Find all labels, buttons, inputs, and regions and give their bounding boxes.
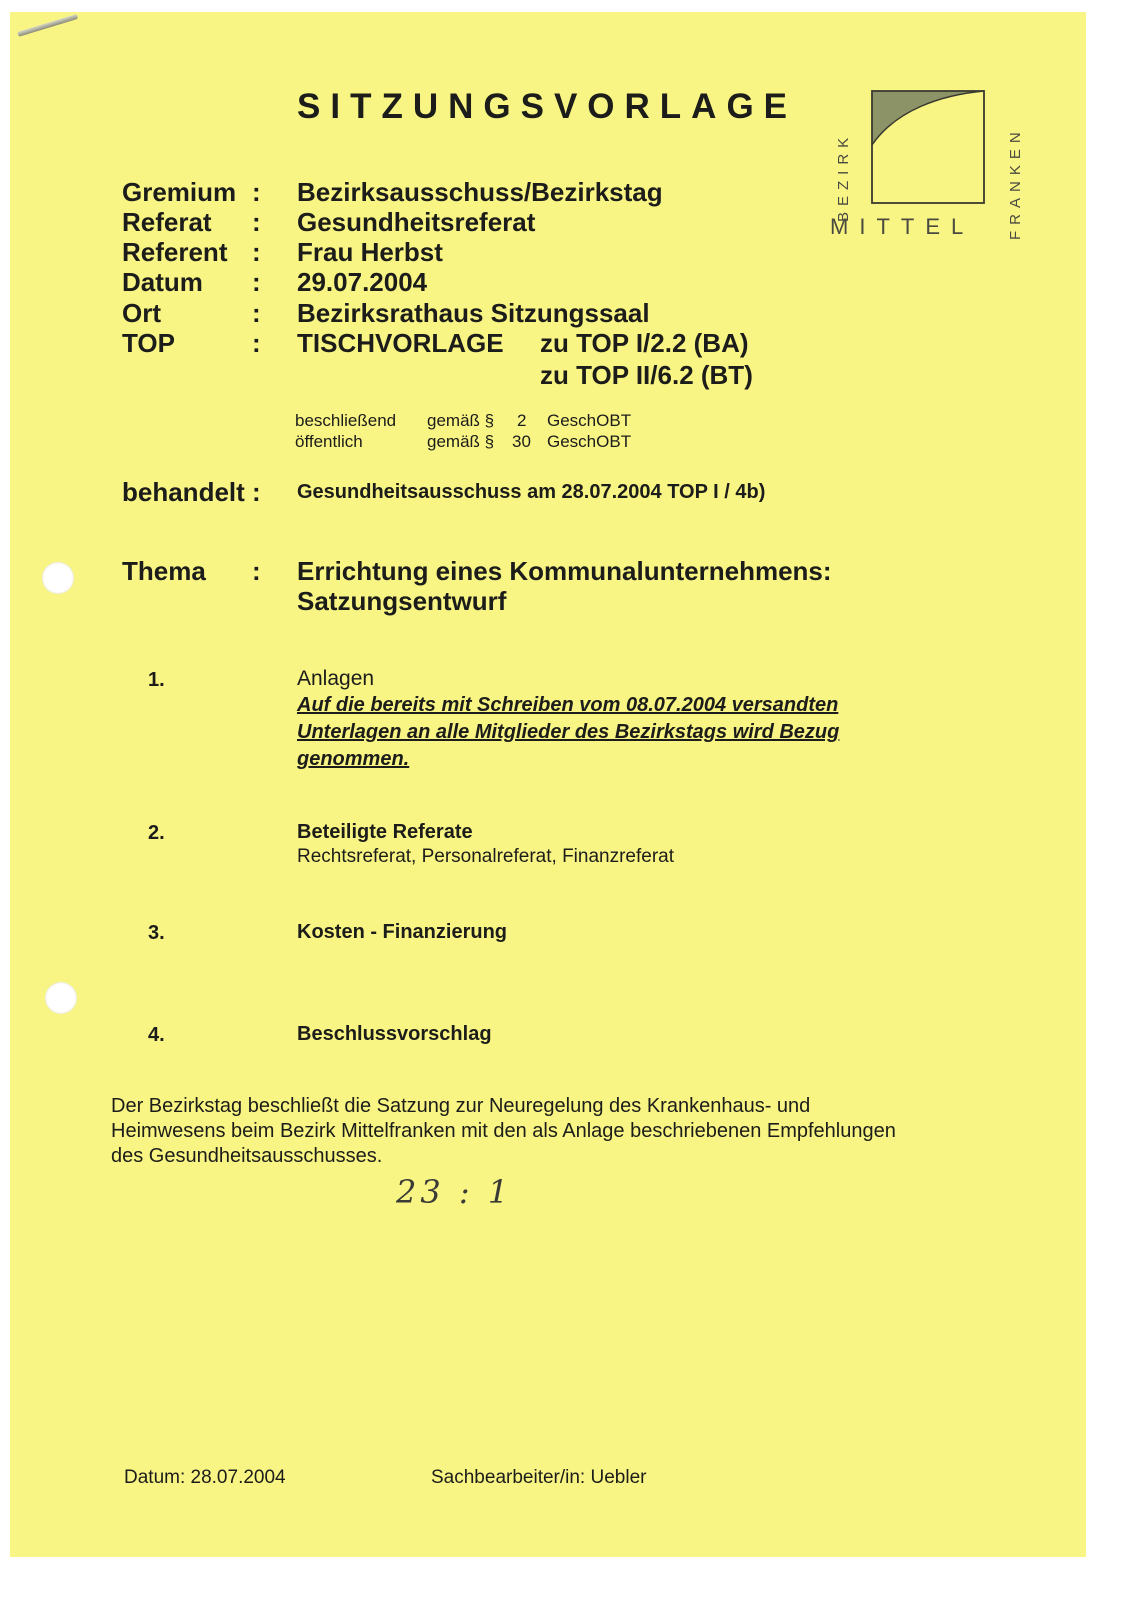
bezirk-mittelfranken-logo: BEZIRK MITTEL FRANKEN [835,88,1035,248]
punch-hole-bottom [45,982,77,1014]
logo-square-icon [871,90,986,205]
handwritten-vote-note: 23 : 1 [396,1173,512,1211]
logo-text-bezirk: BEZIRK [835,90,852,222]
top-reference-ba: zu TOP I/2.2 (BA) [540,328,749,359]
document-title: SITZUNGSVORLAGE [297,87,797,127]
logo-text-franken: FRANKEN [1007,90,1024,240]
punch-hole-top [42,562,74,594]
anlagen-note: Auf die bereits mit Schreiben vom 08.07.… [297,692,917,773]
resolution-text: Der Bezirkstag beschließt die Satzung zu… [111,1094,911,1169]
logo-text-mittel: MITTEL [830,214,974,240]
top-reference-bt: zu TOP II/6.2 (BT) [540,360,753,391]
footer-clerk: Sachbearbeiter/in: Uebler [431,1467,646,1489]
footer-date: Datum: 28.07.2004 [124,1467,286,1489]
